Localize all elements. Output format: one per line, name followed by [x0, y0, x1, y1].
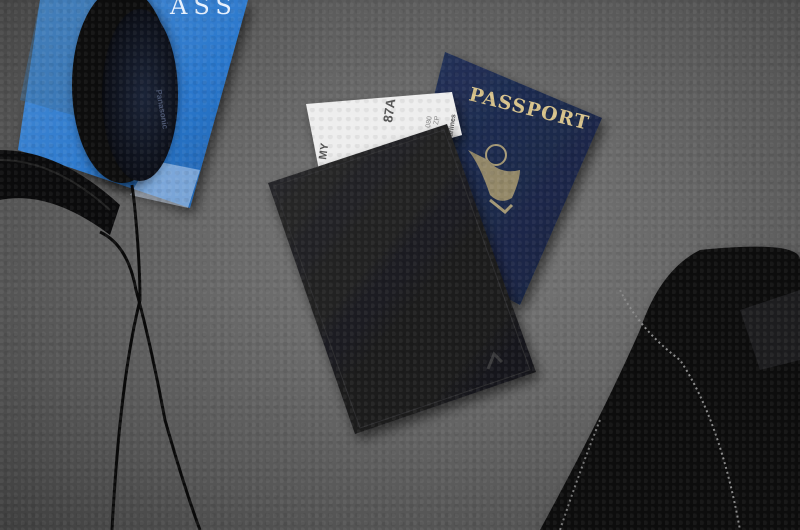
magazine-title: ASS — [169, 0, 238, 20]
photo-illustration: ASS Panasonic PASSPORT — [0, 0, 800, 530]
ticket-name: MY — [317, 142, 331, 161]
product-photo: ASS Panasonic PASSPORT — [0, 0, 800, 530]
travel-bag — [540, 247, 800, 530]
ticket-code-2: ZP — [433, 115, 441, 125]
